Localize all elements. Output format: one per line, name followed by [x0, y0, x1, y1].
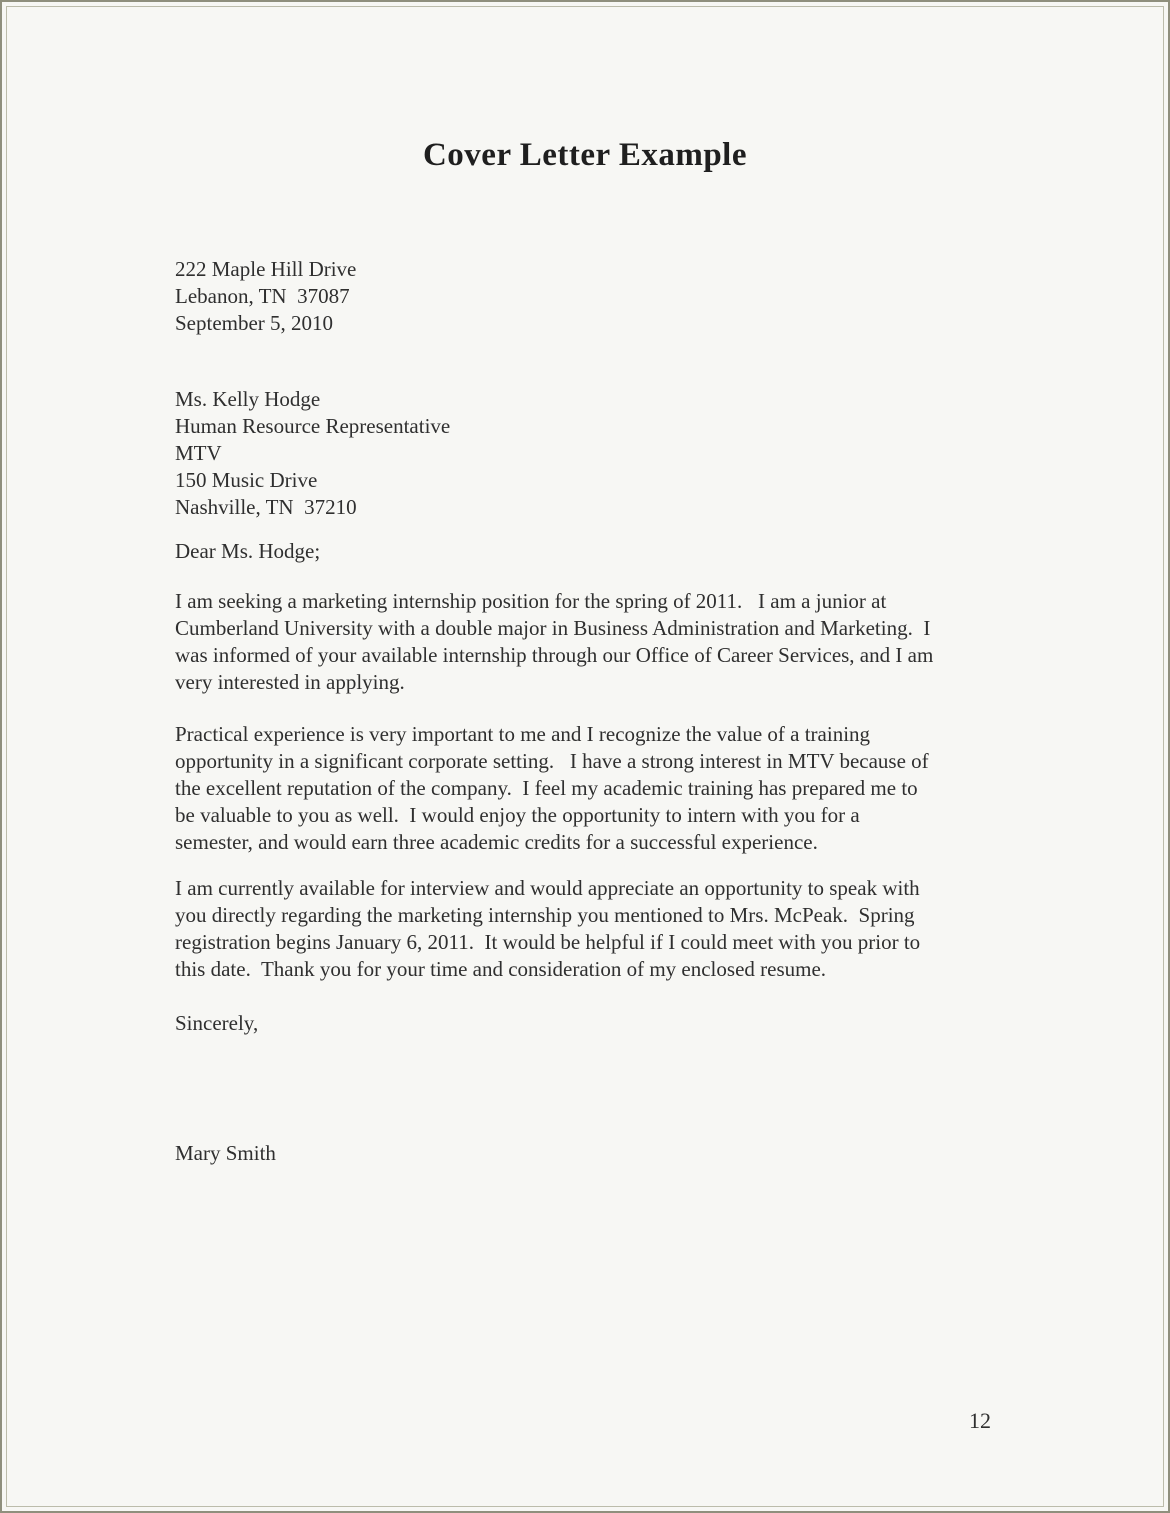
body-paragraph-1: I am seeking a marketing internship posi… — [175, 588, 1045, 696]
page-inner-border: Cover Letter Example 222 Maple Hill Driv… — [6, 6, 1164, 1507]
salutation: Dear Ms. Hodge; — [175, 538, 1045, 565]
page-title: Cover Letter Example — [7, 137, 1163, 174]
body-paragraph-2: Practical experience is very important t… — [175, 721, 1045, 856]
document-page: Cover Letter Example 222 Maple Hill Driv… — [0, 0, 1170, 1513]
body-paragraph-3: I am currently available for interview a… — [175, 875, 1045, 983]
sender-address-block: 222 Maple Hill Drive Lebanon, TN 37087 S… — [175, 256, 1045, 337]
page-number: 12 — [969, 1408, 991, 1434]
closing: Sincerely, — [175, 1010, 1045, 1037]
signature-name: Mary Smith — [175, 1140, 1045, 1167]
recipient-address-block: Ms. Kelly Hodge Human Resource Represent… — [175, 386, 1045, 521]
